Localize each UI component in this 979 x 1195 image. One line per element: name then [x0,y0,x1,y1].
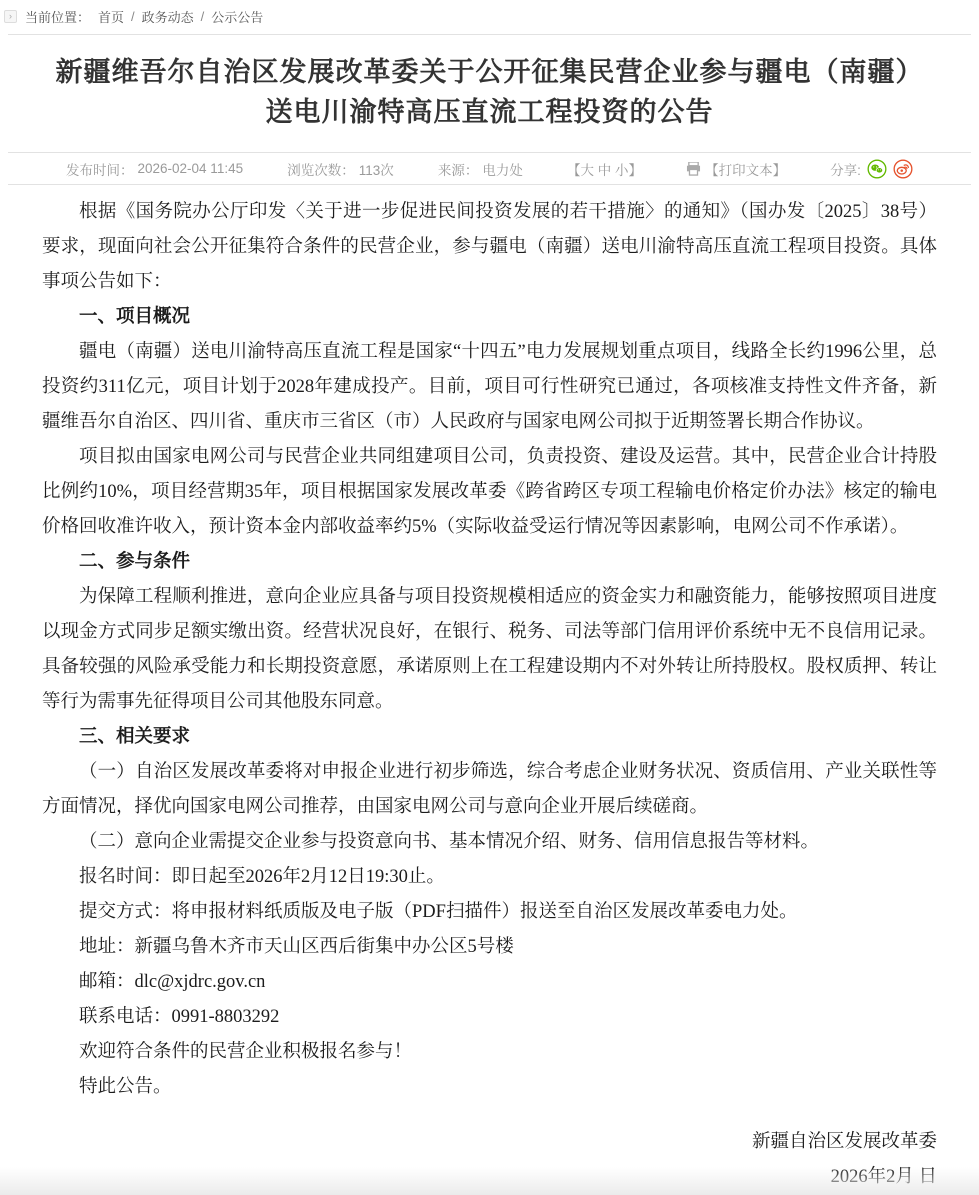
printer-icon [686,162,701,176]
body-paragraph: 联系电话：0991-8803292 [42,1000,937,1035]
body-paragraph: 为保障工程顺利推进，意向企业应具备与项目投资规模相适应的资金实力和融资能力，能够… [42,580,937,720]
body-paragraph: 特此公告。 [42,1070,937,1105]
body-paragraph: 邮箱：dlc@xjdrc.gov.cn [42,965,937,1000]
section-heading: 二、参与条件 [42,545,937,580]
article-meta-bar: 发布时间： 2026-02-04 11:45 浏览次数： 113次 来源： 电力… [8,152,971,185]
source: 来源： 电力处 [438,159,523,179]
signature-org: 新疆自治区发展改革委 [42,1125,937,1160]
body-paragraph: 地址：新疆乌鲁木齐市天山区西后街集中办公区5号楼 [42,930,937,965]
weibo-share-icon[interactable] [893,159,913,179]
print-button[interactable]: 【打印文本】 [686,159,786,179]
body-paragraph: 欢迎符合条件的民营企业积极报名参与！ [42,1035,937,1070]
breadcrumb-label: 当前位置： [25,7,90,26]
breadcrumb-link-news[interactable]: 政务动态 [142,7,194,26]
article-body: 根据《国务院办公厅印发〈关于进一步促进民间投资发展的若干措施〉的通知》（国办发〔… [0,185,979,1105]
breadcrumb-link-home[interactable]: 首页 [98,7,124,26]
body-paragraph: 报名时间：即日起至2026年2月12日19:30止。 [42,860,937,895]
body-paragraph: （一）自治区发展改革委将对申报企业进行初步筛选，综合考虑企业财务状况、资质信用、… [42,755,937,825]
body-paragraph: 项目拟由国家电网公司与民营企业共同组建项目公司，负责投资、建设及运营。其中，民营… [42,440,937,545]
body-paragraph: 疆电（南疆）送电川渝特高压直流工程是国家“十四五”电力发展规划重点项目，线路全长… [42,335,937,440]
share-label: 分享: [830,159,861,179]
font-size-control[interactable]: 【大 中 小】 [567,159,642,179]
view-count-label: 浏览次数： [287,159,355,179]
wechat-share-icon[interactable] [867,159,887,179]
breadcrumb: › 当前位置： 首页 / 政务动态 / 公示公告 [0,0,979,34]
print-label: 【打印文本】 [705,159,786,179]
body-paragraph: （二）意向企业需提交企业参与投资意向书、基本情况介绍、财务、信用信息报告等材料。 [42,825,937,860]
view-count: 浏览次数： 113次 [287,159,394,179]
announcement-page: › 当前位置： 首页 / 政务动态 / 公示公告 新疆维吾尔自治区发展改革委关于… [0,0,979,1195]
publish-time: 发布时间： 2026-02-04 11:45 [66,159,243,179]
breadcrumb-separator: / [131,9,135,24]
source-value: 电力处 [482,159,523,179]
page-title: 新疆维吾尔自治区发展改革委关于公开征集民营企业参与疆电（南疆）送电川渝特高压直流… [0,35,979,152]
breadcrumb-link-notices[interactable]: 公示公告 [211,7,263,26]
signature-date: 2026年2月 日 [42,1160,937,1195]
signature-block: 新疆自治区发展改革委 2026年2月 日 [0,1105,979,1195]
publish-time-label: 发布时间： [66,159,134,179]
section-heading: 三、相关要求 [42,720,937,755]
breadcrumb-separator: / [201,9,205,24]
source-label: 来源： [438,159,479,179]
section-heading: 一、项目概况 [42,300,937,335]
view-count-value: 113次 [359,159,394,179]
body-paragraph: 提交方式：将申报材料纸质版及电子版（PDF扫描件）报送至自治区发展改革委电力处。 [42,895,937,930]
share-controls: 分享: [830,159,913,179]
publish-time-value: 2026-02-04 11:45 [138,161,244,176]
breadcrumb-marker-icon: › [4,10,17,23]
body-paragraph: 根据《国务院办公厅印发〈关于进一步促进民间投资发展的若干措施〉的通知》（国办发〔… [42,195,937,300]
